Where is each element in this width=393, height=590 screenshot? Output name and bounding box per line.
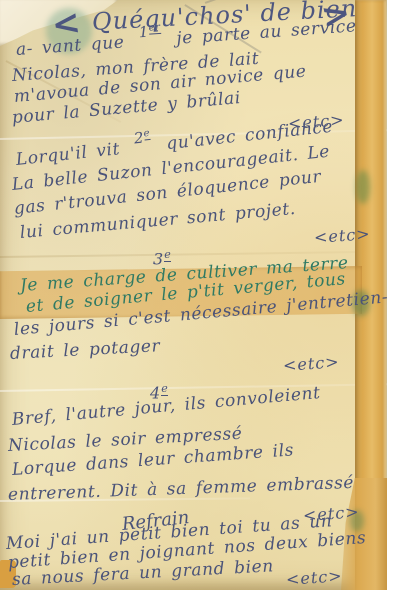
green-mark-right-edge [356,170,370,204]
verse-2-number: 2e [133,128,151,148]
etc-mark: <etc> [313,224,371,247]
scanned-handwritten-page: < Quéqu'chos' de bien > a- vant que 1er … [0,0,393,590]
verse-1-number: 1er [138,22,161,41]
etc-mark: <etc> [282,352,340,375]
etc-mark: <etc> [285,566,343,589]
